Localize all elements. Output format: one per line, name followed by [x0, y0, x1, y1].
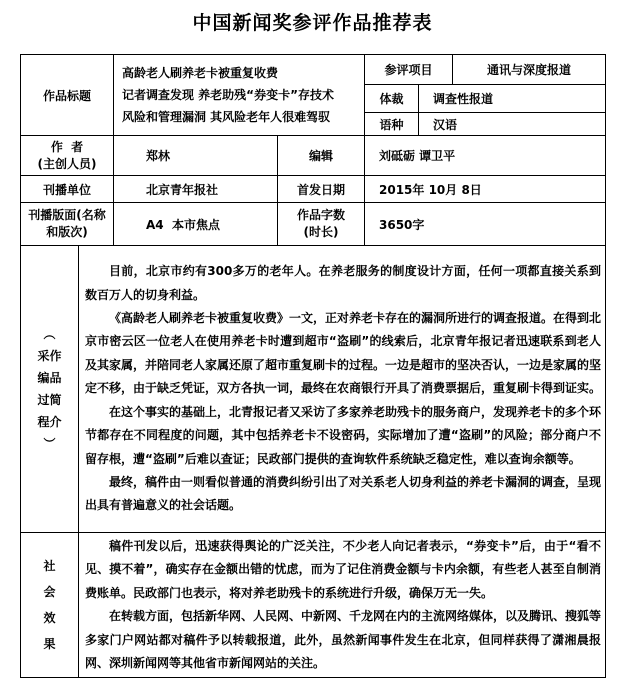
paragraph: 《高龄老人刷养老卡被重复收费》一文，正对养老卡存在的漏洞所进行的调查报道。在得到…	[85, 307, 601, 401]
work-title-line-2: 记者调查发现 养老助残“券变卡”存技术	[122, 84, 358, 106]
paragraph: 在转载方面，包括新华网、人民网、中新网、千龙网在内的主流网络媒体，以及腾讯、搜狐…	[85, 605, 601, 675]
social-effect-label: 社 会 效 果	[21, 533, 79, 678]
publisher-value: 北京青年报社	[114, 176, 278, 203]
page-value: A4 本市焦点	[114, 203, 278, 246]
content-table: ︵ 采作 编品 过简 程介 ︶ 目前，北京市约有300多万的老年人。在养老服务的…	[20, 245, 606, 678]
work-title-line-3: 风险和管理漏洞 其风险老年人很难驾驭	[122, 106, 358, 128]
paragraph: 最终，稿件由一则看似普通的消费纠纷引出了对关系老人切身利益的养老卡漏洞的调查，呈…	[85, 471, 601, 518]
work-title-label: 作品标题	[21, 55, 114, 136]
category-label: 参评项目	[365, 55, 453, 85]
label-char: 过简	[21, 389, 78, 411]
word-count-label-line-2: (时长)	[278, 224, 364, 241]
first-pub-date-label: 首发日期	[278, 176, 365, 203]
work-title-line-1: 高龄老人刷养老卡被重复收费	[122, 62, 358, 84]
word-count-label-line-1: 作品字数	[278, 207, 364, 224]
process-content: 目前，北京市约有300多万的老年人。在养老服务的制度设计方面，任何一项都直接关系…	[79, 246, 606, 533]
language-value: 汉语	[419, 113, 606, 136]
header-table: 作品标题 高龄老人刷养老卡被重复收费 记者调查发现 养老助残“券变卡”存技术 风…	[20, 54, 606, 246]
label-char: 社	[21, 553, 78, 579]
process-label: ︵ 采作 编品 过简 程介 ︶	[21, 246, 79, 533]
editor-value: 刘砥砺 谭卫平	[365, 136, 606, 176]
label-char: ︵	[21, 323, 78, 345]
label-char: ︶	[21, 433, 78, 455]
work-title-value: 高龄老人刷养老卡被重复收费 记者调查发现 养老助残“券变卡”存技术 风险和管理漏…	[114, 55, 365, 136]
word-count-value: 3650字	[365, 203, 606, 246]
author-label-line-1: 作 者	[21, 139, 113, 156]
genre-label: 体裁	[365, 85, 419, 113]
label-char: 果	[21, 631, 78, 657]
genre-value: 调查性报道	[419, 85, 606, 113]
page-label-line-2: 和版次)	[21, 224, 113, 241]
author-label-line-2: (主创人员)	[21, 156, 113, 173]
paragraph: 在这个事实的基础上，北青报记者又采访了多家养老助残卡的服务商户，发现养老卡的多个…	[85, 401, 601, 471]
page-label-line-1: 刊播版面(名称	[21, 207, 113, 224]
paragraph: 目前，北京市约有300多万的老年人。在养老服务的制度设计方面，任何一项都直接关系…	[85, 260, 601, 307]
label-char: 编品	[21, 367, 78, 389]
author-label: 作 者 (主创人员)	[21, 136, 114, 176]
author-value: 郑林	[114, 136, 278, 176]
first-pub-date-value: 2015年 10月 8日	[365, 176, 606, 203]
publisher-label: 刊播单位	[21, 176, 114, 203]
social-effect-content: 稿件刊发以后，迅速获得舆论的广泛关注，不少老人向记者表示，“券变卡”后，由于“看…	[79, 533, 606, 678]
language-label: 语种	[365, 113, 419, 136]
category-value: 通讯与深度报道	[453, 55, 606, 85]
page-label: 刊播版面(名称 和版次)	[21, 203, 114, 246]
paragraph: 稿件刊发以后，迅速获得舆论的广泛关注，不少老人向记者表示，“券变卡”后，由于“看…	[85, 535, 601, 605]
editor-label: 编辑	[278, 136, 365, 176]
label-char: 程介	[21, 411, 78, 433]
word-count-label: 作品字数 (时长)	[278, 203, 365, 246]
page-title: 中国新闻奖参评作品推荐表	[0, 8, 625, 35]
label-char: 会	[21, 579, 78, 605]
label-char: 采作	[21, 345, 78, 367]
label-char: 效	[21, 605, 78, 631]
